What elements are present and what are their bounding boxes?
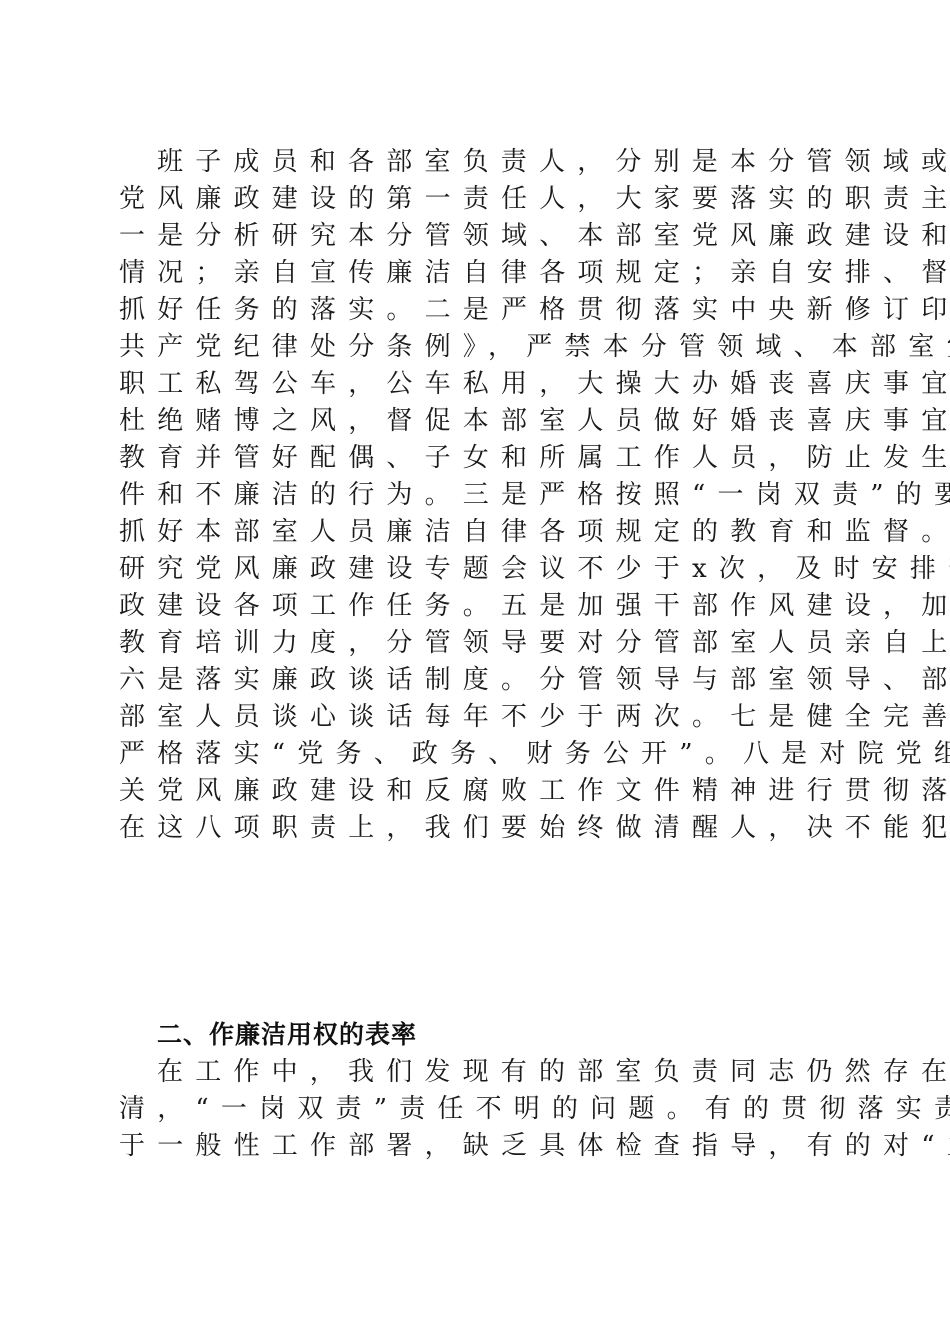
text-line: 关党风廉政建设和反腐败工作文件精神进行贯彻落实。总之， [119,776,950,806]
text-line: 班子成员和各部室负责人，分别是本分管领域或本部室落实 [157,147,950,177]
text-line: 一是分析研究本分管领域、本部室党风廉政建设和反腐败工作 [119,221,950,251]
document-page: 班子成员和各部室负责人，分别是本分管领域或本部室落实 党风廉政建设的第一责任人，… [0,0,950,1344]
text-line: 政建设各项工作任务。五是加强干部作风建设，加大干部廉政 [119,591,950,621]
text-line: 共产党纪律处分条例》，严禁本分管领域、本部室党员干部和 [119,332,950,362]
text-line: 在工作中，我们发现有的部室负责同志仍然存在主体责任不 [157,1057,950,1087]
text-line: 部室人员谈心谈话每年不少于两次。七是健全完善各项制度。 [119,702,950,732]
text-line: 于一般性工作部署，缺乏具体检查指导，有的对“主体责任”、 [119,1131,950,1161]
text-line: 教育培训力度，分管领导要对分管部室人员亲自上一堂廉政课。 [119,628,950,658]
text-line: 清，“一岗双责”责任不明的问题。有的贯彻落实责任制满足 [119,1094,950,1124]
text-line: 严格落实“党务、政务、财务公开”。八是对院党组下发的有 [119,739,950,769]
text-line: 抓好本部室人员廉洁自律各项规定的教育和监督。四是一年内 [119,517,950,547]
section-heading: 二、作廉洁用权的表率 [157,1020,417,1050]
text-line: 杜绝赌博之风，督促本部室人员做好婚丧喜庆事宜申报工作， [119,406,950,436]
text-line: 件和不廉洁的行为。三是严格按照“一岗双责”的要求，负责 [119,480,950,510]
text-line: 在这八项职责上，我们要始终做清醒人，决不能犯糊涂。 [119,813,950,843]
text-line: 党风廉政建设的第一责任人，大家要落实的职责主要有八项： [119,184,950,214]
text-line: 抓好任务的落实。二是严格贯彻落实中央新修订印发的《中国 [119,295,950,325]
text-line: 教育并管好配偶、子女和所属工作人员，防止发生违纪违法案 [119,443,950,473]
text-line: 研究党风廉政建设专题会议不少于x次，及时安排部署党风廉 [119,554,950,584]
text-line: 情况；亲自宣传廉洁自律各项规定；亲自安排、督促相关人员 [119,258,950,288]
text-line: 职工私驾公车，公车私用，大操大办婚丧喜庆事宜借机敛财， [119,369,950,399]
text-line: 六是落实廉政谈话制度。分管领导与部室领导、部室领导与本 [119,665,950,695]
